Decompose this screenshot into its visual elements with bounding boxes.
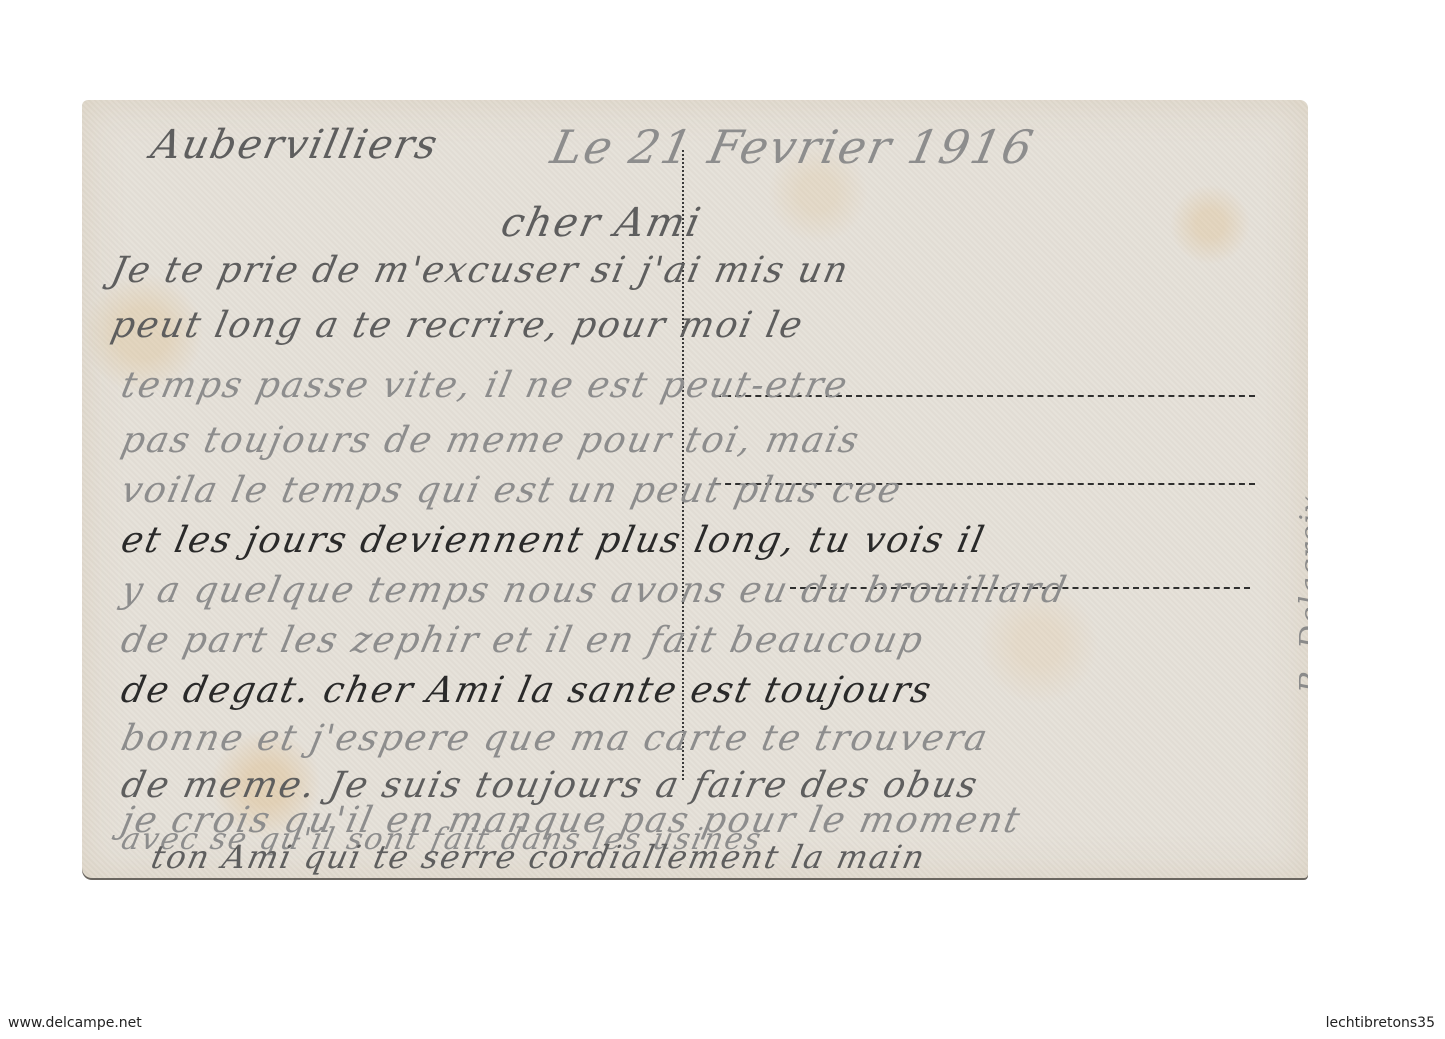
letter-line: pas toujours de meme pour toi, mais (118, 420, 864, 461)
letter-line: voila le temps qui est un peut plus cee (118, 470, 906, 511)
footer-source-link[interactable]: www.delcampe.net (8, 1015, 142, 1031)
date-line: Le 21 Fevrier 1916 (546, 120, 1039, 174)
letter-line: de degat. cher Ami la sante est toujours (118, 670, 937, 711)
letter-line: peut long a te recrire, pour moi le (108, 305, 808, 346)
letter-line: ton Ami qui te serre cordiallement la ma… (148, 838, 930, 876)
postcard-back: Aubervilliers Le 21 Fevrier 1916 cher Am… (82, 100, 1308, 878)
letter-line: Je te prie de m'excuser si j'ai mis un (108, 250, 854, 291)
signature: B. Delacroix (1294, 495, 1308, 693)
place-name: Aubervilliers (147, 122, 443, 168)
letter-line: temps passe vite, il ne est peut-etre (118, 365, 853, 406)
salutation: cher Ami (497, 200, 706, 246)
letter-line: et les jours deviennent plus long, tu vo… (118, 520, 990, 561)
letter-line: de part les zephir et il en fait beaucou… (118, 620, 928, 661)
letter-line: bonne et j'espere que ma carte te trouve… (118, 718, 993, 759)
letter-line: y a quelque temps nous avons eu du broui… (118, 570, 1072, 611)
footer-seller-name: lechtibretons35 (1326, 1015, 1435, 1031)
